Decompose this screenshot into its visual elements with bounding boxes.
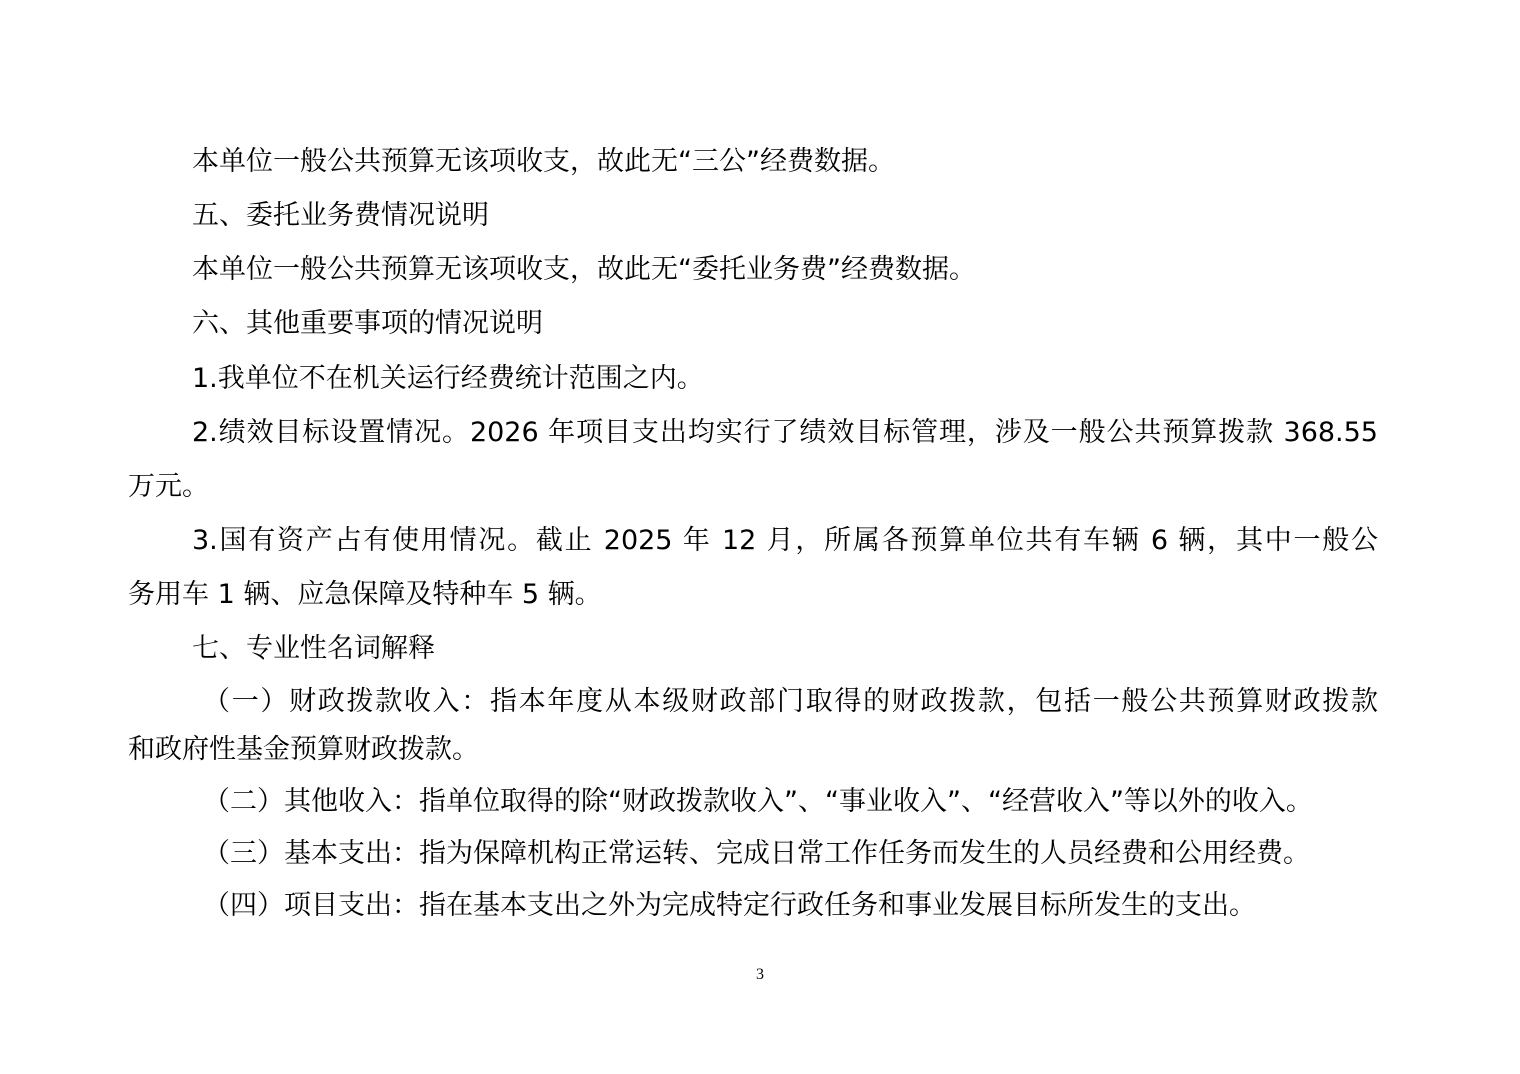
- item-1-operating-expenses: 1.我单位不在机关运行经费统计范围之内。: [192, 361, 704, 397]
- term-3-basic-expenditure: （三）基本支出：指为保障机构正常运转、完成日常工作任务而发生的人员经费和公用经费…: [203, 836, 1310, 872]
- paragraph-no-three-public-expenses: 本单位一般公共预算无该项收支，故此无“三公”经费数据。: [192, 144, 895, 180]
- item-3-assets-line2: 务用车 1 辆、应急保障及特种车 5 辆。: [128, 577, 602, 613]
- page-number: 3: [0, 966, 1520, 984]
- item-2-performance-line2: 万元。: [128, 469, 209, 505]
- item-2-performance-line1: 2.绩效目标设置情况。2026 年项目支出均实行了绩效目标管理，涉及一般公共预算…: [192, 415, 1378, 451]
- document-page: 本单位一般公共预算无该项收支，故此无“三公”经费数据。 五、委托业务费情况说明 …: [0, 0, 1520, 1074]
- section-heading-6: 六、其他重要事项的情况说明: [192, 306, 543, 342]
- term-1-line1: （一）财政拨款收入：指本年度从本级财政部门取得的财政拨款，包括一般公共预算财政拨…: [203, 684, 1378, 720]
- section-heading-7: 七、专业性名词解释: [192, 631, 435, 667]
- term-4-project-expenditure: （四）项目支出：指在基本支出之外为完成特定行政任务和事业发展目标所发生的支出。: [203, 888, 1256, 924]
- section-heading-5: 五、委托业务费情况说明: [192, 198, 489, 234]
- paragraph-no-entrusted-fees: 本单位一般公共预算无该项收支，故此无“委托业务费”经费数据。: [192, 252, 976, 288]
- term-2-other-income: （二）其他收入：指单位取得的除“财政拨款收入”、“事业收入”、“经营收入”等以外…: [203, 784, 1313, 820]
- term-1-line2: 和政府性基金预算财政拨款。: [128, 732, 479, 768]
- item-3-assets-line1: 3.国有资产占有使用情况。截止 2025 年 12 月，所属各预算单位共有车辆 …: [192, 523, 1378, 559]
